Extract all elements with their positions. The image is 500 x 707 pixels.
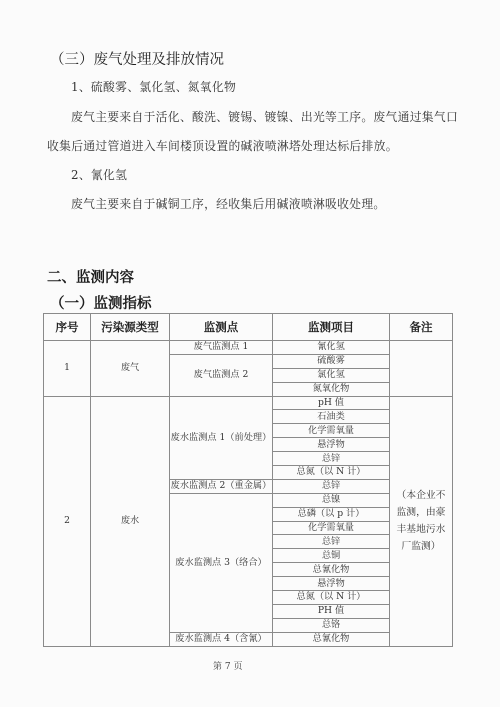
cell-item: 化学需氧量 bbox=[273, 521, 390, 535]
cell-point: 废水监测点 1（前处理） bbox=[170, 396, 273, 479]
cell-point: 废气监测点 2 bbox=[170, 354, 273, 396]
cell-point: 废气监测点 1 bbox=[170, 341, 273, 355]
section-heading-waste-gas: （三）废气处理及排放情况 bbox=[50, 48, 224, 69]
cell-item: 总氰化物 bbox=[273, 563, 390, 577]
item1-paragraph-line1: 废气主要来自于活化、酸洗、镀锡、镀镍、出光等工序。废气通过集气口 bbox=[71, 108, 458, 125]
cell-type: 废水 bbox=[91, 396, 170, 646]
cell-note: （本企业不监测，由豪丰基地污水厂监测） bbox=[390, 396, 453, 646]
header-no: 序号 bbox=[44, 314, 91, 341]
cell-point: 废水监测点 3（络合） bbox=[170, 493, 273, 632]
cell-item: 总铬 bbox=[273, 618, 390, 632]
header-note: 备注 bbox=[390, 314, 453, 341]
cell-note bbox=[390, 341, 453, 397]
cell-item: 总氮（以 N 计） bbox=[273, 466, 390, 480]
cell-no: 1 bbox=[44, 341, 91, 397]
sub-heading-indicators: （一）监测指标 bbox=[50, 292, 152, 313]
header-source-type: 污染源类型 bbox=[91, 314, 170, 341]
cell-item: 氰化氢 bbox=[273, 341, 390, 355]
cell-item: 石油类 bbox=[273, 410, 390, 424]
table-header-row: 序号 污染源类型 监测点 监测项目 备注 bbox=[44, 314, 453, 341]
cell-item: 总锌 bbox=[273, 479, 390, 493]
header-point: 监测点 bbox=[170, 314, 273, 341]
cell-item: 总锌 bbox=[273, 535, 390, 549]
item1-paragraph-line2: 收集后通过管道进入车间楼顶设置的碱液喷淋塔处理达标后排放。 bbox=[47, 137, 398, 154]
cell-item: 总氰化物 bbox=[273, 632, 390, 646]
cell-type: 废气 bbox=[91, 341, 170, 397]
item1-title: 1、硫酸雾、氯化氢、氮氧化物 bbox=[71, 78, 236, 95]
cell-item: PH 值 bbox=[273, 604, 390, 618]
table-row: 2 废水 废水监测点 1（前处理） pH 值 （本企业不监测，由豪丰基地污水厂监… bbox=[44, 396, 453, 410]
monitoring-table: 序号 污染源类型 监测点 监测项目 备注 1 废气 废气监测点 1 氰化氢 废气… bbox=[43, 313, 453, 647]
cell-item: 悬浮物 bbox=[273, 438, 390, 452]
section-heading-monitoring: 二、监测内容 bbox=[47, 266, 134, 287]
cell-item: 总锌 bbox=[273, 452, 390, 466]
cell-item: 硫酸雾 bbox=[273, 354, 390, 368]
cell-item: 总镍 bbox=[273, 493, 390, 507]
cell-item: 氮氧化物 bbox=[273, 382, 390, 396]
cell-item: 悬浮物 bbox=[273, 577, 390, 591]
cell-item: 总氮（以 N 计） bbox=[273, 591, 390, 605]
cell-item: pH 值 bbox=[273, 396, 390, 410]
cell-no: 2 bbox=[44, 396, 91, 646]
cell-point: 废水监测点 2（重金属） bbox=[170, 479, 273, 493]
item2-title: 2、氰化氢 bbox=[71, 166, 127, 183]
cell-point: 废水监测点 4（含氰） bbox=[170, 632, 273, 646]
table-row: 1 废气 废气监测点 1 氰化氢 bbox=[44, 341, 453, 355]
cell-item: 氯化氢 bbox=[273, 368, 390, 382]
cell-item: 总磷（以 p 计） bbox=[273, 507, 390, 521]
cell-item: 化学需氧量 bbox=[273, 424, 390, 438]
cell-item: 总铜 bbox=[273, 549, 390, 563]
item2-paragraph: 废气主要来自于碱铜工序，经收集后用碱液喷淋吸收处理。 bbox=[71, 195, 386, 212]
header-item: 监测项目 bbox=[273, 314, 390, 341]
page-number: 第 7 页 bbox=[213, 659, 242, 672]
